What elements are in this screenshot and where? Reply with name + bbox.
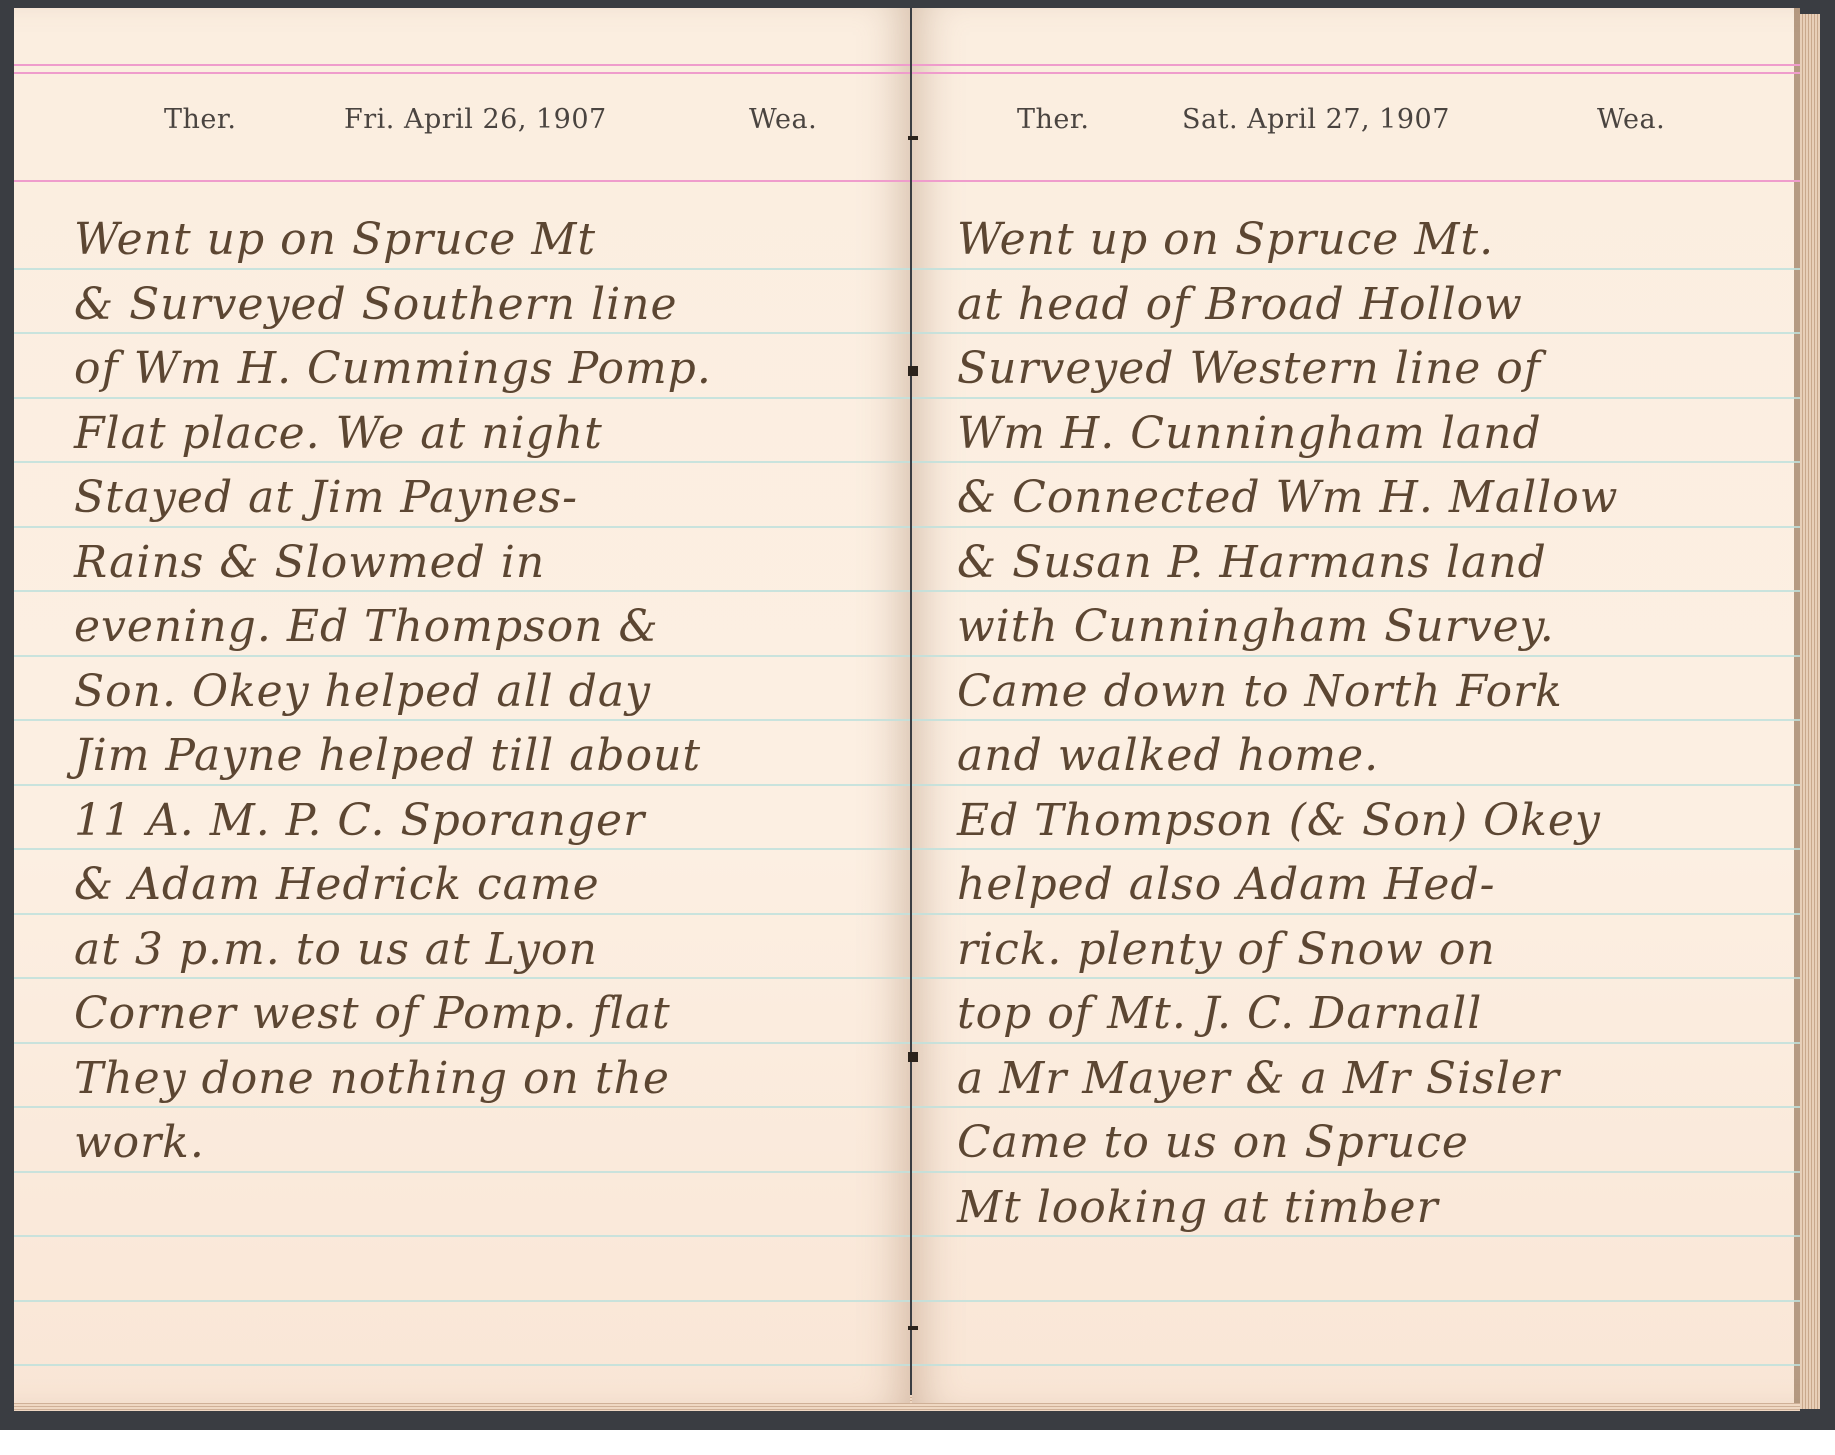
entry-line: of Wm H. Cummings Pomp.: [74, 337, 910, 402]
pink-rule: [14, 72, 910, 74]
entry-line: with Cunningham Survey.: [957, 595, 1800, 660]
page-stack-edge: [1800, 14, 1820, 1409]
wea-label: Wea.: [1597, 104, 1665, 135]
ther-label: Ther.: [164, 104, 236, 135]
page-date: Fri. April 26, 1907: [344, 104, 607, 135]
entry-line: Came down to North Fork: [957, 660, 1800, 725]
pink-rule: [14, 180, 910, 182]
entry-line: They done nothing on the: [74, 1047, 910, 1112]
entry-line: Came to us on Spruce: [957, 1111, 1800, 1176]
left-page: Ther. Fri. April 26, 1907 Wea. Went up o…: [14, 8, 910, 1403]
entry-line: Mt looking at timber: [957, 1176, 1800, 1241]
entry-line: & Surveyed Southern line: [74, 273, 910, 338]
pink-rule: [14, 64, 910, 66]
wea-label: Wea.: [749, 104, 817, 135]
entry-line: Corner west of Pomp. flat: [74, 982, 910, 1047]
binding-stitch: [908, 1052, 918, 1062]
entry-line: Went up on Spruce Mt: [74, 208, 910, 273]
entry-line: at head of Broad Hollow: [957, 273, 1800, 338]
entry-line: & Adam Hedrick came: [74, 853, 910, 918]
entry-line: Went up on Spruce Mt.: [957, 208, 1800, 273]
entry-line: 11 A. M. P. C. Sporanger: [74, 789, 910, 854]
entry-line: rick. plenty of Snow on: [957, 918, 1800, 983]
entry-line: & Connected Wm H. Mallow: [957, 466, 1800, 531]
page-date: Sat. April 27, 1907: [1182, 104, 1450, 135]
entry-line: Surveyed Western line of: [957, 337, 1800, 402]
binding-stitch: [908, 136, 918, 140]
pink-rule: [912, 180, 1800, 182]
entry-line: Stayed at Jim Paynes-: [74, 466, 910, 531]
handwritten-entry-left: Went up on Spruce Mt & Surveyed Southern…: [14, 208, 910, 1176]
entry-line: a Mr Mayer & a Mr Sisler: [957, 1047, 1800, 1112]
entry-line: & Susan P. Harmans land: [957, 531, 1800, 596]
entry-line: Son. Okey helped all day: [74, 660, 910, 725]
entry-line: work.: [74, 1111, 910, 1176]
right-page: Ther. Sat. April 27, 1907 Wea. Went up o…: [912, 8, 1800, 1403]
entry-line: and walked home.: [957, 724, 1800, 789]
entry-line: at 3 p.m. to us at Lyon: [74, 918, 910, 983]
entry-line: Ed Thompson (& Son) Okey: [957, 789, 1800, 854]
entry-line: top of Mt. J. C. Darnall: [957, 982, 1800, 1047]
entry-line: Wm H. Cunningham land: [957, 402, 1800, 467]
diary-book: Ther. Fri. April 26, 1907 Wea. Went up o…: [0, 0, 1835, 1430]
pink-rule: [912, 64, 1800, 66]
entry-line: Flat place. We at night: [74, 402, 910, 467]
entry-line: Jim Payne helped till about: [74, 724, 910, 789]
handwritten-entry-right: Went up on Spruce Mt. at head of Broad H…: [912, 208, 1800, 1240]
binding-stitch: [908, 366, 918, 376]
pink-rule: [912, 72, 1800, 74]
entry-line: evening. Ed Thompson &: [74, 595, 910, 660]
binding-stitch: [908, 1326, 918, 1330]
entry-line: Rains & Slowmed in: [74, 531, 910, 596]
ther-label: Ther.: [1017, 104, 1089, 135]
entry-line: helped also Adam Hed-: [957, 853, 1800, 918]
